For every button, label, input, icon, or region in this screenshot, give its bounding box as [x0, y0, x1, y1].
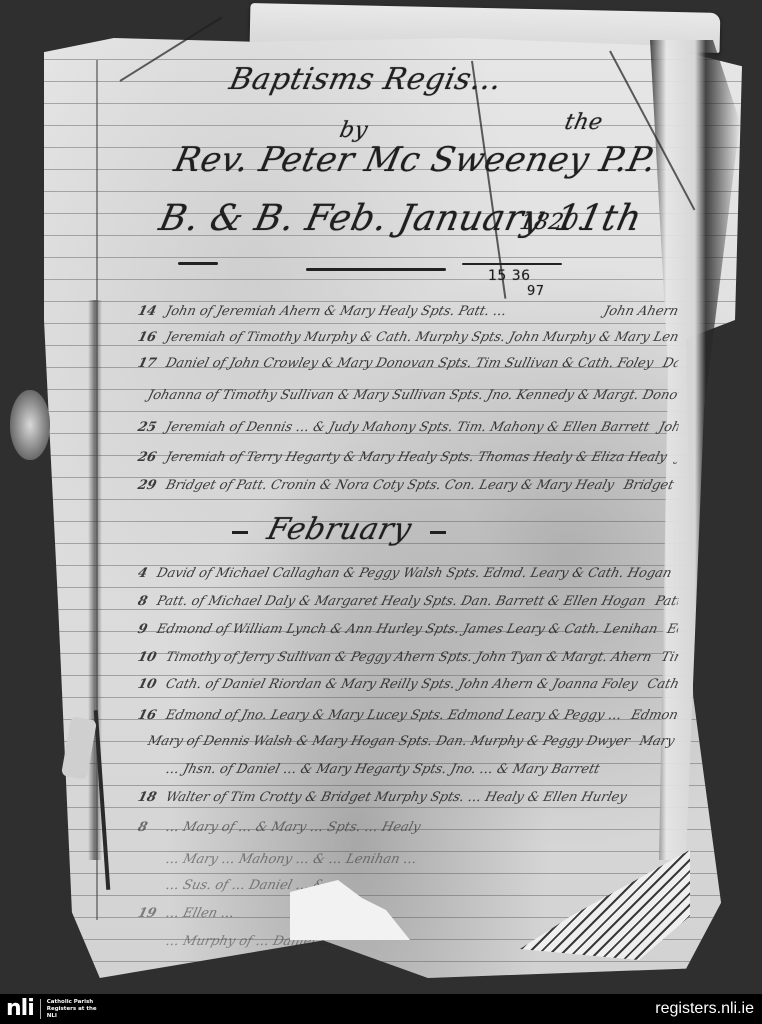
- register-entry: … Sus. of … Daniel … & …: [136, 878, 680, 893]
- heading-dash: [232, 531, 248, 534]
- register-entry: 8 Patt. of Michael Daly & Margaret Healy…: [136, 594, 680, 609]
- register-entry: Johanna of Timothy Sullivan & Mary Sulli…: [136, 388, 680, 403]
- header-rule: [178, 262, 218, 265]
- register-entry: 4 David of Michael Callaghan & Peggy Wal…: [136, 566, 680, 581]
- site-link[interactable]: registers.nli.ie: [655, 1000, 754, 1018]
- month-heading: February: [264, 512, 416, 547]
- nli-brand: nli Catholic Parish Registers at the NLI: [6, 998, 97, 1020]
- register-year: 1820.: [517, 210, 588, 235]
- register-entry: 8 … Mary of … & Mary … Spts. … Healy: [136, 820, 680, 835]
- scan-viewer: Baptisms Regis… by the Rev. Peter Mc Swe…: [0, 0, 762, 994]
- register-entry: 16 Edmond of Jno. Leary & Mary Lucey Spt…: [136, 708, 680, 723]
- register-entry: 9 Edmond of William Lynch & Ann Hurley S…: [136, 622, 680, 637]
- register-entry: 25 Jeremiah of Dennis … & Judy Mahony Sp…: [136, 420, 680, 435]
- margin-rule: [96, 60, 98, 920]
- register-entry: 10 Timothy of Jerry Sullivan & Peggy Ahe…: [136, 650, 680, 665]
- register-entry: 26 Jeremiah of Terry Hegarty & Mary Heal…: [136, 450, 680, 465]
- folio-number: 15 36: [488, 268, 531, 284]
- register-entry: 16 Jeremiah of Timothy Murphy & Cath. Mu…: [136, 330, 680, 345]
- footer-bar: nli Catholic Parish Registers at the NLI…: [0, 994, 762, 1024]
- binding-flap: [10, 390, 50, 460]
- heading-dash: [430, 531, 446, 534]
- register-entry: 17 Daniel of John Crowley & Mary Donovan…: [136, 356, 680, 371]
- nli-logo-icon: nli: [6, 998, 34, 1020]
- register-entry: … Jhsn. of Daniel … & Mary Hegarty Spts.…: [136, 762, 680, 777]
- register-entry: 10 Cath. of Daniel Riordan & Mary Reilly…: [136, 677, 680, 692]
- register-priest: Rev. Peter Mc Sweeney P.P.: [171, 140, 660, 180]
- brand-divider: [40, 999, 41, 1019]
- register-entry: Mary of Dennis Walsh & Mary Hogan Spts. …: [136, 734, 680, 749]
- folio-sub-number: 97: [527, 284, 545, 299]
- register-entry: 18 Walter of Tim Crotty & Bridget Murphy…: [136, 790, 680, 805]
- register-title-the: the: [562, 110, 605, 135]
- register-entry: 29 Bridget of Patt. Cronin & Nora Coty S…: [136, 478, 680, 493]
- header-rule: [462, 263, 562, 265]
- register-title: Baptisms Regis…: [226, 62, 505, 97]
- brand-tagline: Catholic Parish Registers at the NLI: [47, 999, 97, 1020]
- header-rule: [306, 268, 446, 271]
- register-entry: … Mary … Mahony … & … Lenihan …: [136, 852, 680, 867]
- register-entry: 14 John of Jeremiah Ahern & Mary Healy S…: [136, 304, 680, 319]
